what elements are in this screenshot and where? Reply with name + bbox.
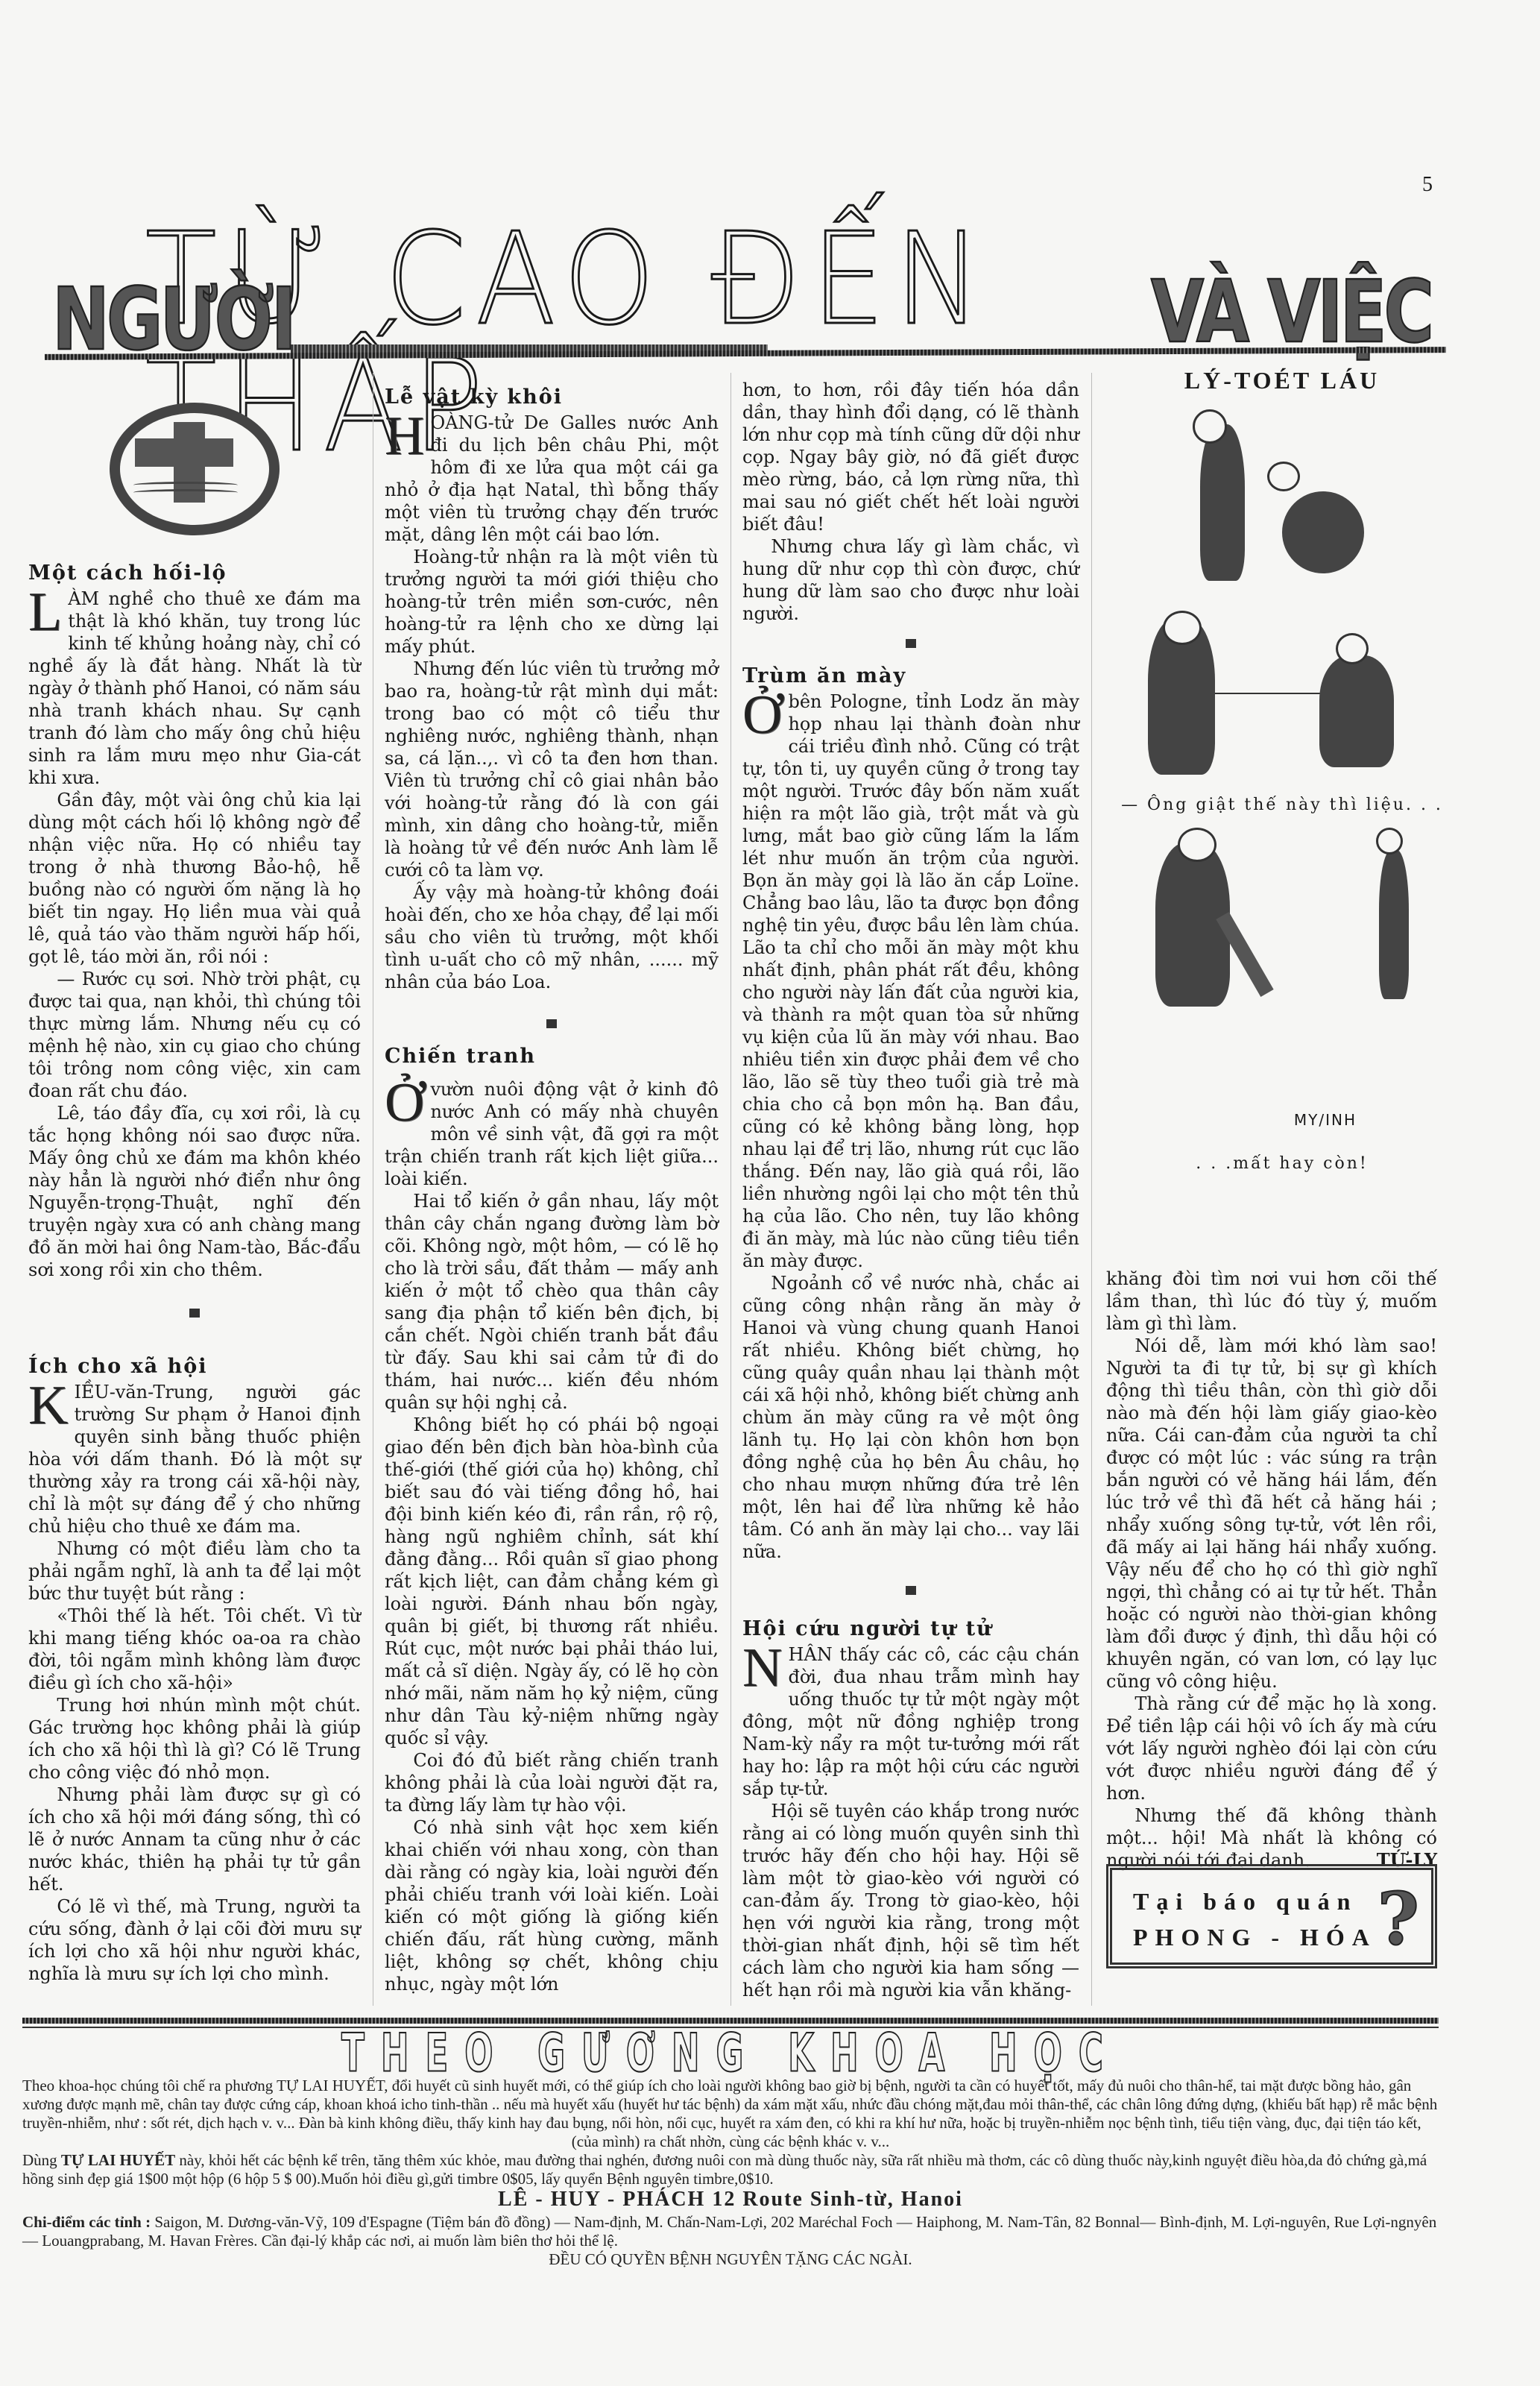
- paragraph: — Rước cụ sơi. Nhờ trời phật, cụ được ta…: [28, 968, 361, 1102]
- column-1: Một cách hối-lộ LÀM nghề cho thuê xe đám…: [28, 373, 361, 1985]
- branches-label: Chi-điểm các tỉnh :: [22, 2213, 151, 2231]
- article-hoi-cuu-nguoi-tu-tu: Hội cứu người tự tử NHÂN thấy các cô, cá…: [742, 1618, 1079, 2001]
- paragraph: Ấy vậy mà hoàng-tử không đoái hoài đến, …: [385, 881, 719, 993]
- drop-cap: L: [28, 591, 62, 634]
- column-divider: [730, 373, 731, 2006]
- article-title: Trùm ăn mày: [742, 665, 1079, 687]
- article-title: Ích cho xã hội: [28, 1356, 361, 1378]
- paragraph: Nhưng có một điều làm cho ta phải ngẫm n…: [28, 1537, 361, 1605]
- paragraph: Thà rằng cứ để mặc họ là xong. Để tiền l…: [1106, 1693, 1437, 1804]
- cartoon-caption-2: . . .mất hay còn!: [1118, 1154, 1446, 1173]
- paragraph: Lê, táo đầy đĩa, cụ xơi rồi, là cụ tắc h…: [28, 1102, 361, 1281]
- drop-cap: Ở: [385, 1081, 424, 1124]
- promo-line-1: Tại báo quán: [1133, 1888, 1357, 1916]
- column-divider: [373, 373, 373, 2006]
- cartoon-panel-3: [1118, 820, 1446, 1014]
- question-mark-icon: ?: [1378, 1883, 1419, 1955]
- cartoon-ly-toet-lau: LÝ-TOÉT LÁU — Ông giật thế này thì liệu.…: [1118, 358, 1446, 1238]
- column-4: khăng đòi tìm nơi vui hơn cõi thế lầm th…: [1106, 1268, 1437, 1872]
- paragraph: Hội sẽ tuyên cáo khắp trong nước rằng ai…: [742, 1800, 1079, 2001]
- paragraph: Hai tổ kiến ở gần nhau, lấy một thân cây…: [385, 1190, 719, 1414]
- article-ich-cho-xa-hoi: Ích cho xã hội KIỀU-văn-Trung, người gác…: [28, 1356, 361, 1985]
- article-chien-tranh: Chiến tranh Ởvườn nuôi động vật ở kinh đ…: [385, 1045, 719, 1995]
- ad-title: THEO GƯƠNG KHOA HỌC: [22, 2041, 1439, 2067]
- paragraph-continued: khăng đòi tìm nơi vui hơn cõi thế lầm th…: [1106, 1268, 1437, 1335]
- section-separator: [742, 1581, 1079, 1603]
- branches-list: Saigon, M. Dương-văn-Vỹ, 109 d'Espagne (…: [22, 2213, 1436, 2250]
- cartoonist-signature: MY/INH: [1294, 1111, 1357, 1129]
- column-2: Lễ vật kỳ khôi HOÀNG-tử De Galles nước A…: [385, 382, 719, 1995]
- paragraph: Coi đó đủ biết rằng chiến tranh không ph…: [385, 1749, 719, 1816]
- paragraph-continued: hơn, to hơn, rồi đây tiến hóa dần dần, t…: [742, 379, 1079, 535]
- article-le-vat-ky-khoi: Lễ vật kỳ khôi HOÀNG-tử De Galles nước A…: [385, 386, 719, 993]
- paragraph: Có nhà sinh vật học xem kiến khai chiến …: [385, 1816, 719, 1995]
- drop-cap: H: [385, 415, 424, 458]
- paragraph: Có lẽ vì thế, mà Trung, người ta cứu sốn…: [28, 1895, 361, 1985]
- cartoon-title: LÝ-TOÉT LÁU: [1118, 367, 1446, 394]
- cartoon-panel-1: [1118, 394, 1446, 611]
- cartoon-caption-1: — Ông giật thế này thì liệu. . .: [1118, 796, 1446, 814]
- drop-cap: N: [742, 1646, 782, 1690]
- article-mot-cach-hoi-lo: Một cách hối-lộ LÀM nghề cho thuê xe đám…: [28, 562, 361, 1281]
- column-3: hơn, to hơn, rồi đây tiến hóa dần dần, t…: [742, 379, 1079, 2001]
- product-name: TỰ LAI HUYẾT: [61, 2151, 175, 2169]
- red-cross-logo-icon: [110, 403, 280, 535]
- article-title: Lễ vật kỳ khôi: [385, 386, 719, 409]
- cartoon-panel-2: [1118, 611, 1446, 790]
- column-divider: [1091, 373, 1092, 2006]
- paragraph: Nhưng đến lúc viên tù trưởng mở bao ra, …: [385, 658, 719, 881]
- paragraph: Trung hơi nhún mình một chút. Gác trường…: [28, 1694, 361, 1784]
- drop-cap: K: [28, 1384, 68, 1427]
- paragraph: Nhưng chưa lấy gì làm chắc, vì hung dữ n…: [742, 535, 1079, 625]
- article-trum-an-may: Trùm ăn mày Ởbên Pologne, tỉnh Lodz ăn m…: [742, 665, 1079, 1563]
- advertisement-tu-lai-huyet: THEO GƯƠNG KHOA HỌC Theo khoa-học chúng …: [22, 2034, 1439, 2269]
- paragraph: Không biết họ có phái bộ ngoại giao đến …: [385, 1414, 719, 1749]
- promo-box-phong-hoa: Tại báo quán PHONG - HÓA ?: [1106, 1864, 1437, 1968]
- article-title: Chiến tranh: [385, 1045, 719, 1068]
- article-title: Một cách hối-lộ: [28, 562, 361, 585]
- paragraph: Nhưng phải làm được sự gì có ích cho xã …: [28, 1784, 361, 1895]
- paragraph: Nói dễ, làm mới khó làm sao! Người ta đi…: [1106, 1335, 1437, 1693]
- masthead: TỪ CAO ĐẾN THẤP NGƯỜI VÀ VIỆC: [45, 216, 1446, 358]
- ad-footer: ĐỀU CÓ QUYỀN BỆNH NGUYÊN TẶNG CÁC NGÀI.: [22, 2250, 1439, 2269]
- promo-line-2: PHONG - HÓA: [1133, 1924, 1377, 1951]
- section-separator: [28, 1303, 361, 1326]
- section-separator: [385, 1014, 719, 1036]
- drop-cap: Ở: [742, 693, 782, 737]
- ad-body-tail: (của mình) ra chất nhờn, cùng các bệnh k…: [22, 2132, 1439, 2151]
- paragraph: «Thôi thế là hết. Tôi chết. Vì từ khi ma…: [28, 1605, 361, 1694]
- page-number: 5: [1422, 173, 1433, 197]
- ad-body: Theo khoa-học chúng tôi chế ra phương TỰ…: [22, 2077, 1439, 2132]
- shop-address: LÊ - HUY - PHÁCH 12 Route Sinh-từ, Hanoi: [22, 2190, 1439, 2209]
- article-title: Hội cứu người tự tử: [742, 1618, 1079, 1640]
- paragraph: Hoàng-tử nhận ra là một viên tù trưởng n…: [385, 546, 719, 658]
- section-separator: [742, 634, 1079, 656]
- paragraph: Gần đây, một vài ông chủ kia lại dùng mộ…: [28, 789, 361, 968]
- paragraph: Ngoảnh cổ về nước nhà, chắc ai cũng công…: [742, 1272, 1079, 1563]
